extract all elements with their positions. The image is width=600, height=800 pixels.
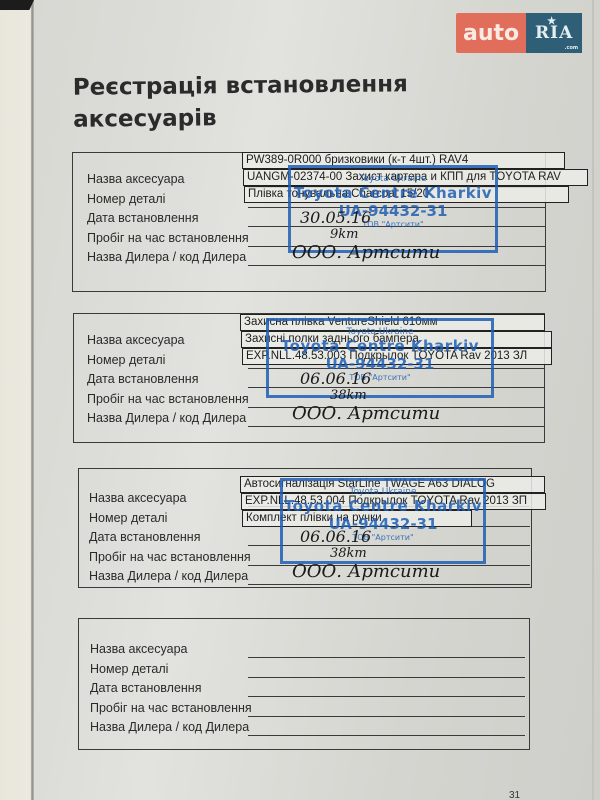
part-number-label: Номер деталі xyxy=(90,660,252,680)
mileage-label: Пробіг на час встановлення xyxy=(87,390,249,410)
page-number: 31 xyxy=(509,790,520,800)
mileage-label: Пробіг на час встановлення xyxy=(89,548,251,568)
part-number-label: Номер деталі xyxy=(87,190,249,210)
handwritten-date: 30.05.16 xyxy=(300,208,371,227)
fill-line xyxy=(248,677,525,678)
mileage-label: Пробіг на час встановлення xyxy=(90,699,252,719)
handwritten-mileage: 38km xyxy=(330,546,367,561)
dealer-stamp: Toyota UkraineToyota Centre KharkivUA-94… xyxy=(280,478,486,564)
fill-line xyxy=(248,657,525,658)
handwritten-dealer: ООО. Артсити xyxy=(292,403,440,424)
page-title-line2: аксесуарів xyxy=(73,100,408,136)
page-title: Реєстрація встановлення аксесуарів xyxy=(73,68,409,136)
watermark-auto: auto xyxy=(456,13,526,53)
fill-line xyxy=(248,584,530,585)
handwritten-date: 06.06.16 xyxy=(300,527,371,546)
accessory-name-label: Назва аксесуара xyxy=(89,489,251,509)
handwritten-date: 06.06.16 xyxy=(300,369,371,388)
watermark-domain: .com xyxy=(565,45,579,51)
fill-line xyxy=(248,716,525,717)
fill-line xyxy=(248,426,545,427)
page-corner xyxy=(0,0,34,10)
handwritten-mileage: 9km xyxy=(330,227,358,242)
handwritten-dealer: ООО. Артсити xyxy=(292,561,440,582)
accessory-name-label: Назва аксесуара xyxy=(87,170,249,190)
mileage-label: Пробіг на час встановлення xyxy=(87,229,249,249)
dealer-label: Назва Дилера / код Дилера xyxy=(87,409,249,429)
install-date-label: Дата встановлення xyxy=(87,370,249,390)
fill-line xyxy=(248,696,525,697)
part-number-label: Номер деталі xyxy=(87,351,249,371)
accessory-name-label: Назва аксесуара xyxy=(87,331,249,351)
fill-line xyxy=(248,265,545,266)
fill-line xyxy=(248,735,525,736)
dealer-label: Назва Дилера / код Дилера xyxy=(90,718,252,738)
accessory-name-label: Назва аксесуара xyxy=(90,640,252,660)
field-labels: Назва аксесуараНомер деталіДата встановл… xyxy=(89,489,251,587)
install-date-label: Дата встановлення xyxy=(89,528,251,548)
autoria-watermark: auto ★ RIA .com xyxy=(456,13,582,53)
field-labels: Назва аксесуараНомер деталіДата встановл… xyxy=(90,640,252,738)
dealer-label: Назва Дилера / код Дилера xyxy=(89,567,251,587)
page-title-line1: Реєстрація встановлення xyxy=(73,68,408,104)
handwritten-mileage: 38km xyxy=(330,388,367,403)
page-edge xyxy=(592,0,594,800)
star-icon: ★ xyxy=(547,16,557,27)
field-labels: Назва аксесуараНомер деталіДата встановл… xyxy=(87,331,249,429)
handwritten-dealer: ООО. Артсити xyxy=(292,242,440,263)
dealer-label: Назва Дилера / код Дилера xyxy=(87,248,249,268)
field-labels: Назва аксесуараНомер деталіДата встановл… xyxy=(87,170,249,268)
watermark-ria: ★ RIA .com xyxy=(526,13,582,53)
install-date-label: Дата встановлення xyxy=(87,209,249,229)
part-number-label: Номер деталі xyxy=(89,509,251,529)
install-date-label: Дата встановлення xyxy=(90,679,252,699)
booklet-spine xyxy=(31,0,34,800)
